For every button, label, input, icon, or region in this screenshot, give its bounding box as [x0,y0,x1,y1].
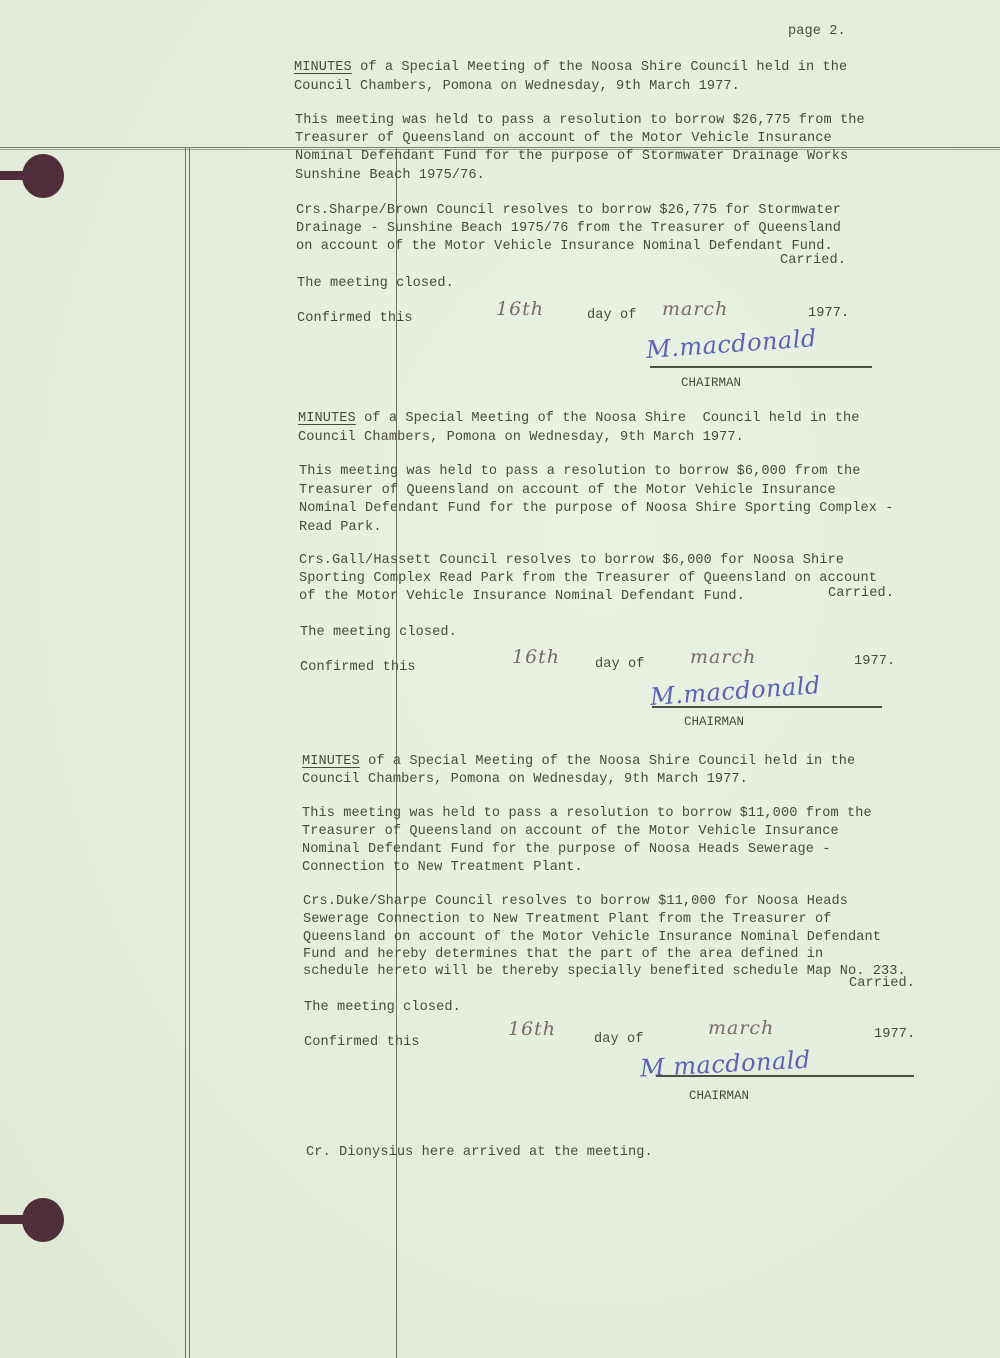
purpose-line: Nominal Defendant Fund for the purpose o… [299,500,894,518]
resolution-line: Drainage - Sunshine Beach 1975/76 from t… [296,220,841,238]
handwritten-month: march [708,1017,774,1039]
confirmed-label: Confirmed this [304,1034,420,1052]
handwritten-month: march [662,298,728,320]
year-label: 1977. [874,1026,915,1044]
purpose-line: Treasurer of Queensland on account of th… [299,482,836,500]
chairman-label: CHAIRMAN [684,715,744,729]
heading-line-2: Council Chambers, Pomona on Wednesday, 9… [302,771,748,789]
purpose-line: This meeting was held to pass a resoluti… [299,463,861,481]
minutes-label: MINUTES [294,60,352,75]
meeting-closed: The meeting closed. [297,275,454,293]
heading-line-2: Council Chambers, Pomona on Wednesday, 9… [298,429,744,447]
meeting-closed: The meeting closed. [304,999,461,1017]
binding-hole-icon [0,1198,64,1242]
handwritten-day: 16th [496,298,544,320]
handwritten-month: march [690,646,756,668]
heading-text: of a Special Meeting of the Noosa Shire … [352,60,847,75]
section-heading: MINUTES of a Special Meeting of the Noos… [298,410,860,428]
chairman-signature: M.macdonald [645,324,817,364]
chairman-signature: M.macdonald [649,671,821,711]
purpose-line: Nominal Defendant Fund for the purpose o… [295,148,848,166]
signature-line [650,366,872,368]
handwritten-day: 16th [508,1018,556,1040]
heading-text: of a Special Meeting of the Noosa Shire … [360,754,855,769]
resolution-line: Crs.Gall/Hassett Council resolves to bor… [299,552,844,570]
purpose-line: Read Park. [299,519,382,537]
purpose-line: This meeting was held to pass a resoluti… [295,112,865,130]
resolution-line: Queensland on account of the Motor Vehic… [303,929,881,947]
carried-label: Carried. [780,252,846,270]
purpose-line: This meeting was held to pass a resoluti… [302,805,872,823]
chairman-label: CHAIRMAN [689,1089,749,1103]
handwritten-day: 16th [512,646,560,668]
page-number: page 2. [788,23,846,41]
day-of-label: day of [595,656,645,674]
year-label: 1977. [854,653,895,671]
resolution-line: schedule hereto will be thereby speciall… [303,963,906,981]
day-of-label: day of [587,307,637,325]
purpose-line: Sunshine Beach 1975/76. [295,167,485,185]
margin-double-rule [185,148,190,1358]
confirmed-label: Confirmed this [300,659,416,677]
heading-line-2: Council Chambers, Pomona on Wednesday, 9… [294,78,740,96]
binding-hole-icon [0,154,64,198]
resolution-line: on account of the Motor Vehicle Insuranc… [296,238,833,256]
heading-text: of a Special Meeting of the Noosa Shire … [356,411,860,426]
purpose-line: Connection to New Treatment Plant. [302,859,583,877]
section-heading: MINUTES of a Special Meeting of the Noos… [302,753,855,771]
purpose-line: Treasurer of Queensland on account of th… [302,823,839,841]
purpose-line: Treasurer of Queensland on account of th… [295,130,832,148]
signature-line [652,706,882,708]
chairman-label: CHAIRMAN [681,376,741,390]
carried-label: Carried. [828,585,894,603]
resolution-line: of the Motor Vehicle Insurance Nominal D… [299,588,745,606]
year-label: 1977. [808,305,849,323]
resolution-line: Sporting Complex Read Park from the Trea… [299,570,877,588]
meeting-closed: The meeting closed. [300,624,457,642]
signature-line [656,1075,914,1077]
minutes-label: MINUTES [298,411,356,426]
document-page: page 2. MINUTES of a Special Meeting of … [0,0,1000,1358]
purpose-line: Nominal Defendant Fund for the purpose o… [302,841,830,859]
section-heading: MINUTES of a Special Meeting of the Noos… [294,59,847,77]
resolution-line: Sewerage Connection to New Treatment Pla… [303,911,831,929]
footer-note: Cr. Dionysius here arrived at the meetin… [306,1144,653,1162]
minutes-label: MINUTES [302,754,360,769]
confirmed-label: Confirmed this [297,310,413,328]
resolution-line: Crs.Sharpe/Brown Council resolves to bor… [296,202,841,220]
carried-label: Carried. [849,975,915,993]
resolution-line: Crs.Duke/Sharpe Council resolves to borr… [303,893,848,911]
resolution-line: Fund and hereby determines that the part… [303,946,823,964]
day-of-label: day of [594,1031,644,1049]
